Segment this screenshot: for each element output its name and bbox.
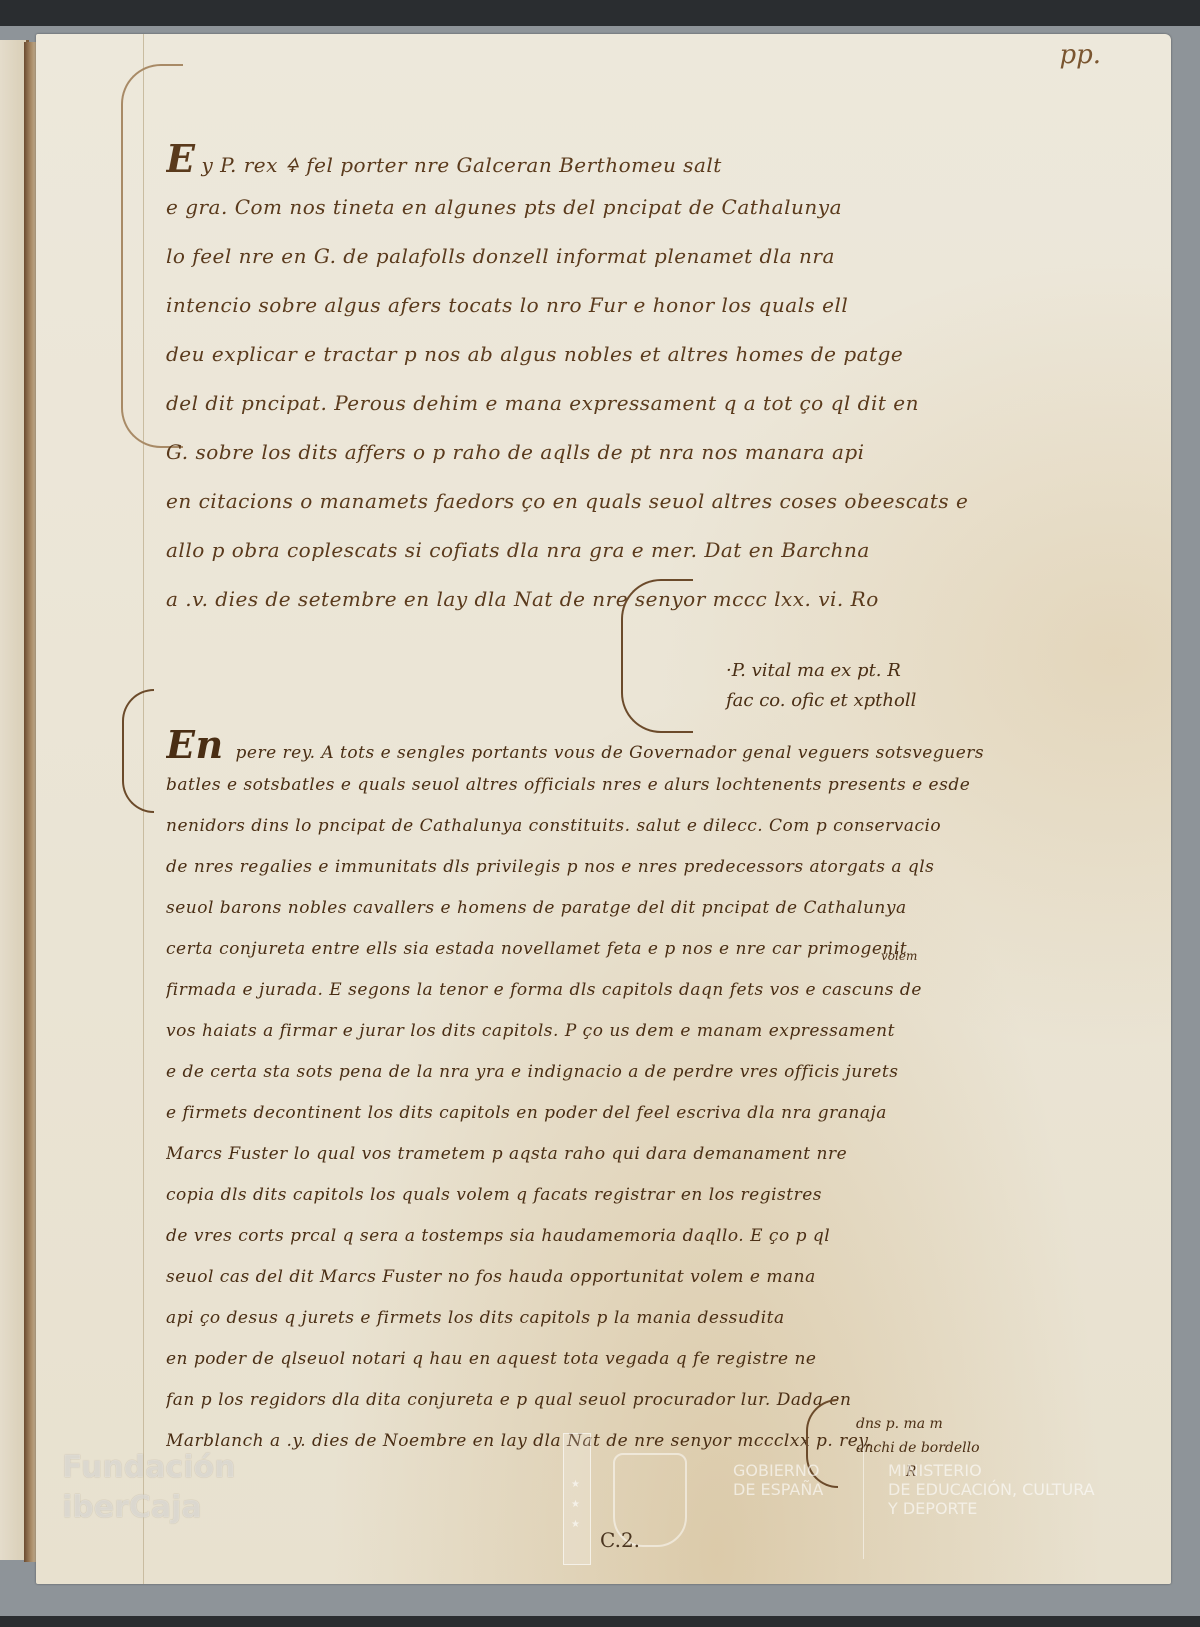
letter-2-line: api ço desus q jurets e firmets los dits… xyxy=(166,1298,1096,1339)
interlinear-note: volem xyxy=(881,949,917,963)
letter-2-line: En pere rey. A tots e sengles portants v… xyxy=(166,724,1096,765)
letter-2-line: en poder de qlseuol notari q hau en aque… xyxy=(166,1339,1096,1380)
shelfmark: C.2. xyxy=(600,1528,640,1552)
letter-2-line: e de certa sta sots pena de la nra yra e… xyxy=(166,1052,1096,1093)
letter-1-line: intencio sobre algus afers tocats lo nro… xyxy=(166,281,1046,330)
letter-1-line: allo p obra coplescats si cofiats dla nr… xyxy=(166,526,1046,575)
flag-bar-icon: ★ ★ ★ xyxy=(563,1433,591,1565)
letter-2-bracket xyxy=(122,689,154,813)
letter-2-line: de vres corts prcal q sera a tostemps si… xyxy=(166,1216,1096,1257)
letter-2-initial: En xyxy=(166,724,224,765)
letter-2-line: batles e sotsbatles e quals seuol altres… xyxy=(166,765,1096,806)
letter-1-line: Ey P. rex 🜍 fel porter nre Galceran Bert… xyxy=(166,134,1046,183)
signature-1-line: ·P. vital ma ex pt. R xyxy=(726,656,916,686)
folio-number: pp. xyxy=(1059,40,1101,70)
letter-1-line: e gra. Com nos tineta en algunes pts del… xyxy=(166,183,1046,232)
ministerio-label: MINISTERIO DE EDUCACIÓN, CULTURA Y DEPOR… xyxy=(888,1461,1095,1518)
letter-2: En pere rey. A tots e sengles portants v… xyxy=(166,724,1096,1462)
letter-1-line: lo feel nre en G. de palafolls donzell i… xyxy=(166,232,1046,281)
letter-1-line: en citacions o manamets faedors ço en qu… xyxy=(166,477,1046,526)
letter-2-line: e firmets decontinent los dits capitols … xyxy=(166,1093,1096,1134)
fundacion-ibercaja-watermark: Fundación iberCaja xyxy=(62,1448,235,1528)
letter-2-line: firmada e jurada. E segons la tenor e fo… xyxy=(166,970,1096,1011)
letter-2-line: nenidors dins lo pncipat de Cathalunya c… xyxy=(166,806,1096,847)
letter-1-line: G. sobre los dits affers o p raho de aql… xyxy=(166,428,1046,477)
watermark-divider xyxy=(863,1439,864,1559)
letter-2-line: certa conjureta entre ells sia estada no… xyxy=(166,929,1096,970)
letter-1-line: del dit pncipat. Perous dehim e mana exp… xyxy=(166,379,1046,428)
signature-block-1: ·P. vital ma ex pt. R fac co. ofic et xp… xyxy=(726,656,916,716)
letter-2-line: de nres regalies e immunitats dls privil… xyxy=(166,847,1096,888)
manuscript-page: pp. Ey P. rex 🜍 fel porter nre Galceran … xyxy=(36,34,1171,1584)
letter-2-line: copia dls dits capitols los quals volem … xyxy=(166,1175,1096,1216)
letter-2-line: vos haiats a firmar e jurar los dits cap… xyxy=(166,1011,1096,1052)
letter-1-line: a .v. dies de setembre en lay dla Nat de… xyxy=(166,575,1046,624)
letter-1-initial: E xyxy=(166,136,195,181)
letter-2-line: Marcs Fuster lo qual vos trametem p aqst… xyxy=(166,1134,1096,1175)
government-watermark: ★ ★ ★ GOBIERNO DE ESPAÑA MINISTERIO DE E… xyxy=(563,1433,1143,1563)
signature-1-line: fac co. ofic et xptholl xyxy=(726,686,916,716)
letter-1-line: deu explicar e tractar p nos ab algus no… xyxy=(166,330,1046,379)
letter-2-line: seuol cas del dit Marcs Fuster no fos ha… xyxy=(166,1257,1096,1298)
signature-bracket xyxy=(621,579,693,733)
letter-1: Ey P. rex 🜍 fel porter nre Galceran Bert… xyxy=(166,134,1046,624)
gobierno-label: GOBIERNO DE ESPAÑA xyxy=(733,1461,823,1499)
letter-2-line: seuol barons nobles cavallers e homens d… xyxy=(166,888,1096,929)
